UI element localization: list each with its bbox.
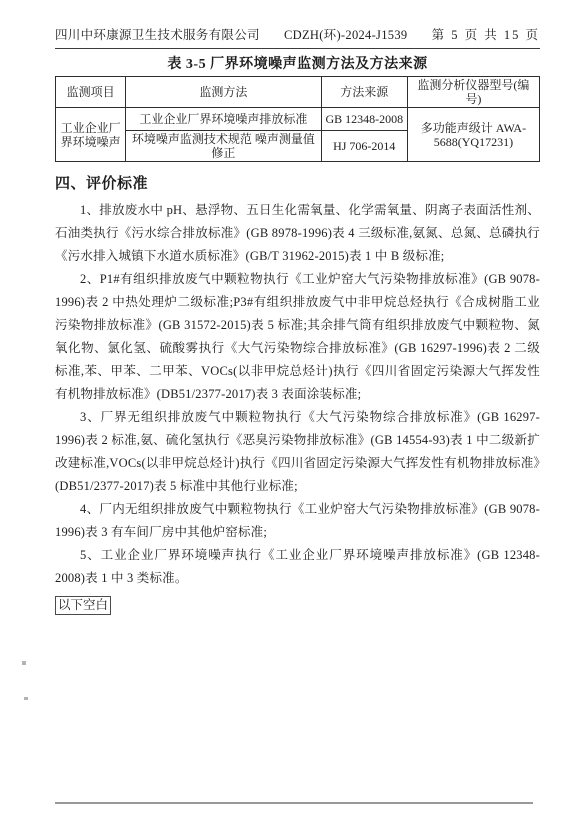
header-page-number: 第 5 页 共 15 页 xyxy=(432,28,540,43)
col-header-method-source: 方法来源 xyxy=(321,77,407,108)
table-row: 工业企业厂界环境噪声 工业企业厂界环境噪声排放标准 GB 12348-2008 … xyxy=(56,108,540,131)
cell-monitor-item: 工业企业厂界环境噪声 xyxy=(56,108,126,162)
col-header-monitor-item: 监测项目 xyxy=(56,77,126,108)
col-header-instrument: 监测分析仪器型号(编号) xyxy=(407,77,539,108)
scan-artifact xyxy=(24,697,28,700)
paragraph-2: 2、P1#有组织排放废气中颗粒物执行《工业炉窑大气污染物排放标准》(GB 907… xyxy=(55,268,540,406)
paragraph-5: 5、工业企业厂界环境噪声执行《工业企业厂界环境噪声排放标准》(GB 12348-… xyxy=(55,544,540,590)
cell-source-1: GB 12348-2008 xyxy=(321,108,407,131)
col-header-monitor-method: 监测方法 xyxy=(126,77,322,108)
document-page: 四川中环康源卫生技术服务有限公司 CDZH(环)-2024-J1539 第 5 … xyxy=(0,0,588,829)
cell-method-1: 工业企业厂界环境噪声排放标准 xyxy=(126,108,322,131)
paragraph-1: 1、排放废水中 pH、悬浮物、五日生化需氧量、化学需氧量、阴离子表面活性剂、石油… xyxy=(55,199,540,268)
page-header: 四川中环康源卫生技术服务有限公司 CDZH(环)-2024-J1539 第 5 … xyxy=(55,28,540,49)
cell-method-2: 环境噪声监测技术规范 噪声测量值修正 xyxy=(126,131,322,162)
paragraph-3: 3、厂界无组织排放废气中颗粒物执行《大气污染物综合排放标准》(GB 16297-… xyxy=(55,406,540,498)
section-heading: 四、评价标准 xyxy=(55,175,540,194)
table-header-row: 监测项目 监测方法 方法来源 监测分析仪器型号(编号) xyxy=(56,77,540,108)
footer-rule xyxy=(55,802,533,804)
header-company: 四川中环康源卫生技术服务有限公司 xyxy=(55,28,260,43)
end-note-box: 以下空白 xyxy=(55,596,111,615)
table-title: 表 3-5 厂界环境噪声监测方法及方法来源 xyxy=(55,56,540,73)
monitoring-method-table: 监测项目 监测方法 方法来源 监测分析仪器型号(编号) 工业企业厂界环境噪声 工… xyxy=(55,76,540,162)
scan-artifact xyxy=(22,661,26,665)
cell-source-2: HJ 706-2014 xyxy=(321,131,407,162)
cell-instrument: 多功能声级计 AWA-5688(YQ17231) xyxy=(407,108,539,162)
header-doc-code: CDZH(环)-2024-J1539 xyxy=(284,28,407,43)
paragraph-4: 4、厂内无组织排放废气中颗粒物执行《工业炉窑大气污染物排放标准》(GB 9078… xyxy=(55,498,540,544)
